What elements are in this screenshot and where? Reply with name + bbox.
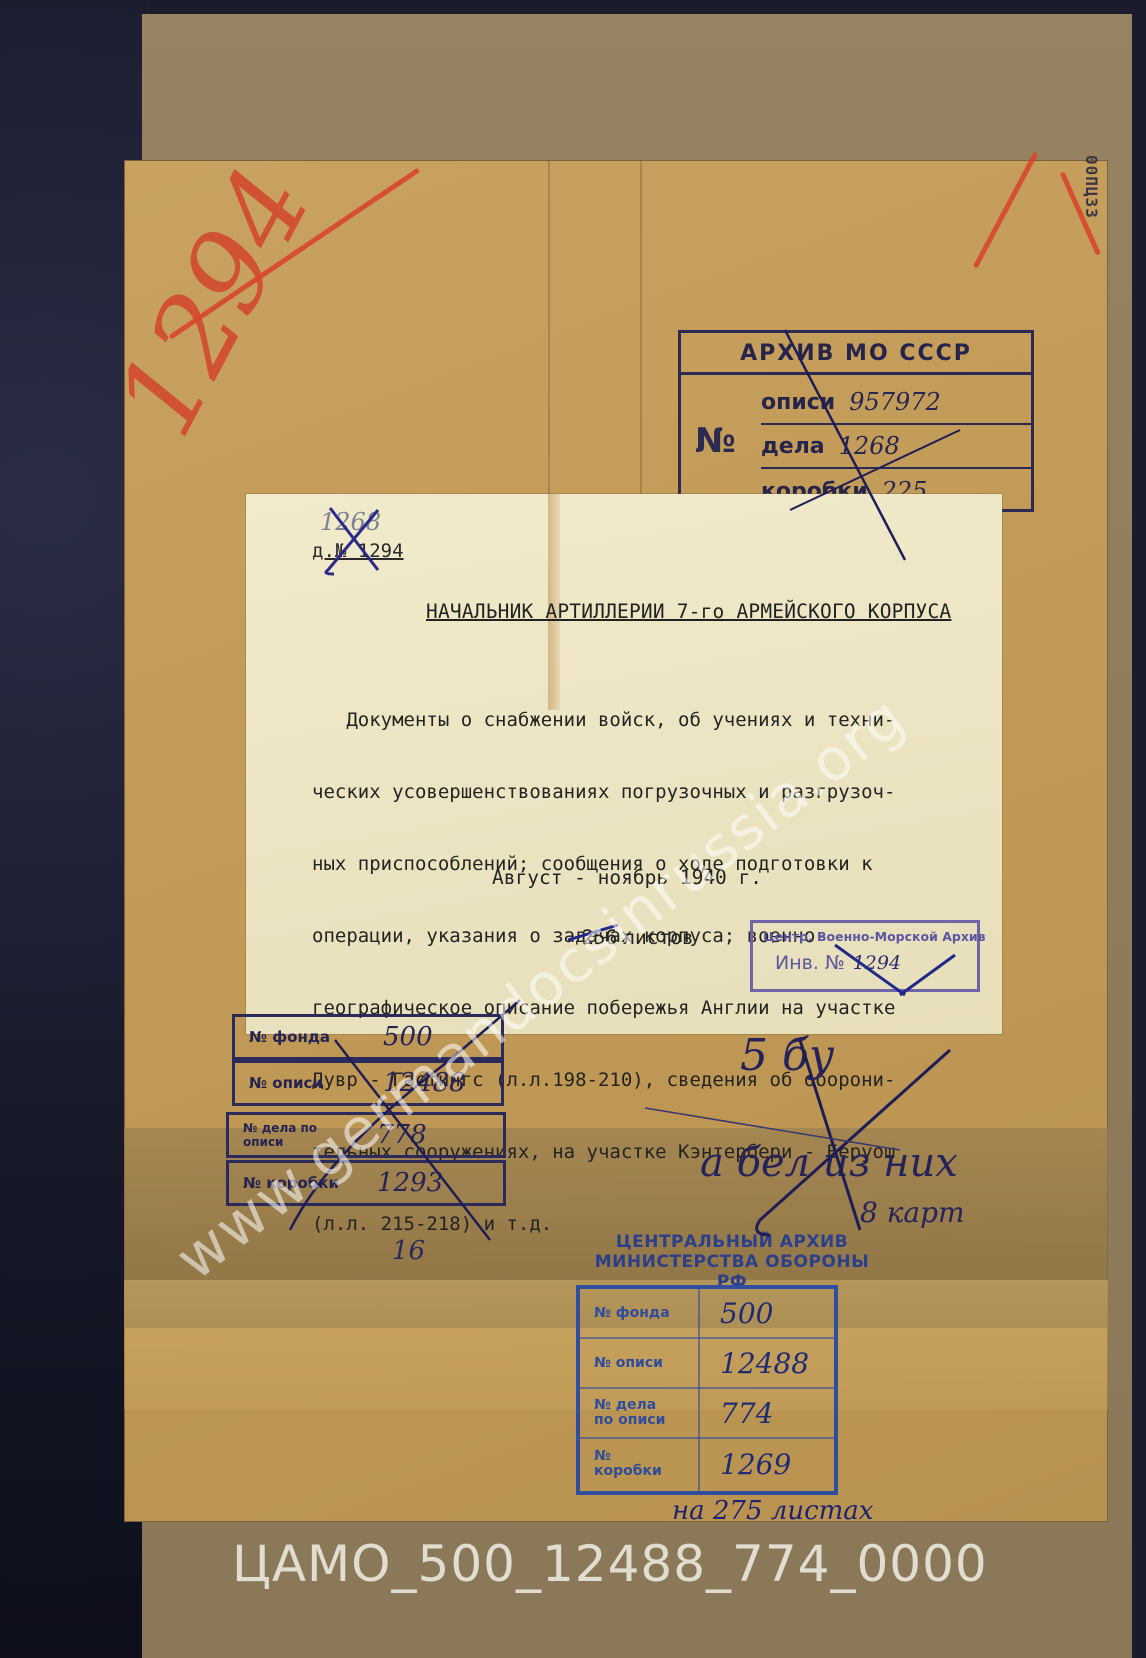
- index-card: 1268 д.№ 1294 НАЧАЛЬНИК АРТИЛЛЕРИИ 7-го …: [246, 494, 1002, 1034]
- row-value: 774: [680, 1397, 773, 1430]
- row-value: 1269: [680, 1448, 791, 1481]
- stamp-row-inventory: № описи 12488: [232, 1060, 504, 1106]
- row-value: 1293: [347, 1168, 443, 1198]
- sheets-total-note: на 275 листах: [672, 1496, 873, 1526]
- number-sign: №: [695, 421, 736, 461]
- handwritten-line: 5 бу: [740, 1030, 834, 1081]
- sheets-number: 256: [582, 926, 617, 949]
- stamp-row-fund: № фонда 500: [580, 1289, 834, 1339]
- stamp-title: АРХИВ МО СССР: [681, 333, 1031, 375]
- naval-archive-stamp: Центр. Военно-Морской Архив Инв. №1294: [750, 920, 980, 992]
- row-value: 778: [347, 1120, 427, 1150]
- row-label: дела: [761, 434, 825, 459]
- handwritten-line: а бел из них: [700, 1140, 958, 1186]
- inventory-label: Инв. №: [775, 952, 845, 974]
- naval-stamp-inventory: Инв. №1294: [753, 944, 977, 974]
- row-label: № описи: [580, 1356, 680, 1371]
- stamp-row-box: № коробки 1269: [580, 1439, 834, 1489]
- stamp-divider: [698, 1289, 700, 1491]
- row-value: 957972: [849, 388, 941, 416]
- row-label: № коробки: [580, 1449, 680, 1479]
- sheets-label: листов: [623, 926, 693, 949]
- row-label: № дела по описи: [229, 1121, 347, 1149]
- body-line: ческих усовершенствованиях погрузочных и…: [312, 780, 992, 804]
- stamp-row-box: № коробки 1293: [226, 1160, 506, 1206]
- stamp-row-case: дела 1268: [761, 425, 1031, 469]
- folder-crease: [548, 160, 550, 500]
- row-value: 1268: [839, 432, 900, 460]
- cross-out-mark: [320, 504, 386, 576]
- sheet-count: 256листов: [582, 926, 694, 949]
- central-archive-stamp: № фонда 500 № описи 12488 № дела по опис…: [576, 1285, 838, 1495]
- vertical-label: 00ПЦ33: [1082, 155, 1101, 219]
- image-caption: ЦАМО_500_12488_774_0000: [232, 1535, 988, 1593]
- stamp-row-case: № дела по описи 778: [226, 1112, 506, 1158]
- body-line: Документы о снабжении войск, об учениях …: [312, 708, 992, 732]
- naval-stamp-title: Центр. Военно-Морской Архив: [753, 923, 977, 944]
- fund-inventory-stamp-old: № фонда 500 № описи 12488 № дела по опис…: [232, 1014, 504, 1212]
- handwritten-note: 16: [392, 1236, 425, 1266]
- row-label: описи: [761, 390, 835, 415]
- row-value: 500: [353, 1022, 433, 1052]
- row-label: № фонда: [235, 1028, 353, 1046]
- row-label: № коробки: [229, 1174, 347, 1192]
- card-heading: НАЧАЛЬНИК АРТИЛЛЕРИИ 7-го АРМЕЙСКОГО КОР…: [426, 600, 951, 623]
- stamp-row-inventory: № описи 12488: [580, 1339, 834, 1389]
- row-value: 500: [680, 1297, 773, 1330]
- inventory-value: 1294: [853, 952, 901, 974]
- handwritten-line: 8 карт: [860, 1196, 965, 1229]
- stamp-row-case: № дела по описи 774: [580, 1389, 834, 1439]
- title-line: ЦЕНТРАЛЬНЫЙ АРХИВ: [582, 1232, 882, 1252]
- date-range: Август - ноябрь 1940 г.: [492, 866, 762, 889]
- row-label: № дела по описи: [580, 1398, 680, 1428]
- folder-crease: [640, 160, 642, 500]
- stamp-row-inventory: описи 957972: [761, 381, 1031, 425]
- red-pencil-number: 1294: [130, 300, 390, 450]
- stamp-row-fund: № фонда 500: [232, 1014, 504, 1060]
- central-archive-title: ЦЕНТРАЛЬНЫЙ АРХИВ МИНИСТЕРСТВА ОБОРОНЫ Р…: [582, 1232, 882, 1292]
- row-label: № фонда: [580, 1306, 680, 1321]
- archive-mo-ussr-stamp: АРХИВ МО СССР № описи 957972 дела 1268 к…: [678, 330, 1034, 512]
- row-value: 12488: [353, 1068, 466, 1098]
- row-label: № описи: [235, 1074, 353, 1092]
